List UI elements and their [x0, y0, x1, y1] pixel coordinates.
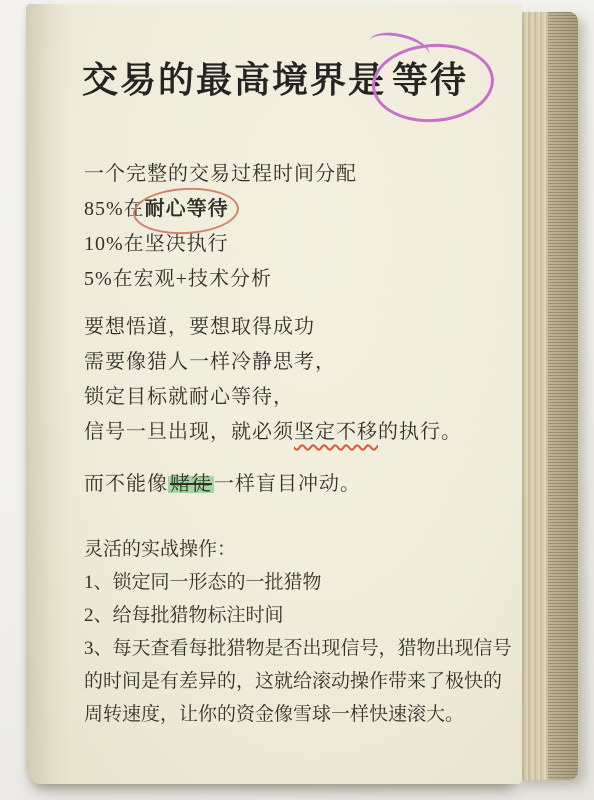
circled-patience-text: 耐心等待 [145, 198, 229, 220]
practical-steps-paragraph: 灵活的实战操作： 1、锁定同一形态的一批猎物 2、给每批猎物标注时间 3、每天查… [84, 533, 520, 731]
step-item: 3、每天查看每批猎物是否出现信号，猎物出现信号的时间是有差异的，这就给滚动操作带… [84, 632, 520, 731]
page-left-edge-shade [26, 4, 70, 784]
percent-text: 85%在 [84, 198, 145, 220]
paragraph-line: 要想悟道，要想取得成功 [84, 310, 462, 345]
title-circled-text: 等待 [392, 60, 468, 100]
paragraph-line: 10%在坚决执行 [84, 227, 357, 262]
page-title: 交易的最高境界是等待 [82, 54, 476, 106]
title-text: 交易的最高境界是 [82, 60, 386, 100]
gambler-warning-line: 而不能像赌徒一样盲目冲动。 [84, 467, 361, 502]
book-fore-edge [514, 12, 578, 780]
step-item: 1、锁定同一形态的一批猎物 [84, 566, 520, 599]
paragraph-line: 5%在宏观+技术分析 [84, 262, 357, 297]
paragraph-line: 一个完整的交易过程时间分配 [84, 157, 357, 192]
highlighted-struck-text: 赌徒 [168, 473, 214, 495]
step-item: 2、给每批猎物标注时间 [84, 599, 520, 632]
paragraph-line: 而不能像赌徒一样盲目冲动。 [84, 467, 361, 502]
line-text: 一样盲目冲动。 [214, 473, 361, 495]
paragraph-line: 锁定目标就耐心等待， [84, 380, 462, 415]
circled-patience-word: 耐心等待 [145, 192, 229, 227]
line-text: 信号一旦出现，就必须 [84, 421, 294, 443]
paragraph-line: 85%在耐心等待 [84, 192, 357, 227]
wavy-underlined-text: 坚定不移 [294, 421, 378, 443]
notebook-page: 交易的最高境界是等待 一个完整的交易过程时间分配 85%在耐心等待 10%在坚决… [26, 4, 522, 784]
open-book: 交易的最高境界是等待 一个完整的交易过程时间分配 85%在耐心等待 10%在坚决… [26, 4, 578, 794]
paragraph-line: 需要像猎人一样冷静思考， [84, 345, 462, 380]
time-allocation-paragraph: 一个完整的交易过程时间分配 85%在耐心等待 10%在坚决执行 5%在宏观+技术… [84, 157, 357, 297]
photo-background: 交易的最高境界是等待 一个完整的交易过程时间分配 85%在耐心等待 10%在坚决… [0, 0, 594, 800]
steps-heading: 灵活的实战操作： [84, 533, 520, 566]
hunter-mindset-paragraph: 要想悟道，要想取得成功 需要像猎人一样冷静思考， 锁定目标就耐心等待， 信号一旦… [84, 310, 462, 450]
line-text: 的执行。 [378, 421, 462, 443]
paragraph-line: 信号一旦出现，就必须坚定不移的执行。 [84, 415, 462, 450]
line-text: 而不能像 [84, 473, 168, 495]
title-circled-word: 等待 [386, 54, 476, 106]
page-stack-edge [548, 12, 578, 780]
